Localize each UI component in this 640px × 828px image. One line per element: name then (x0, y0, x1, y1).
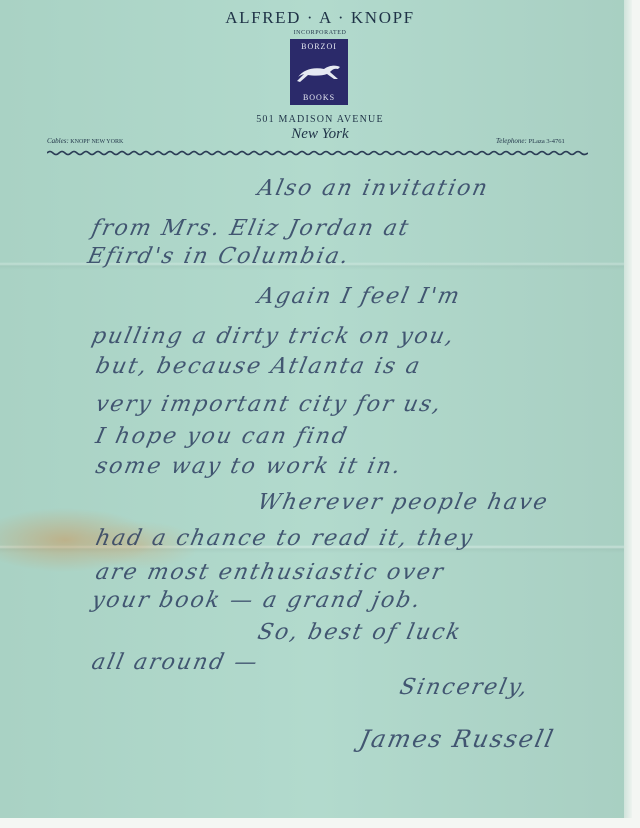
cables-value: KNOPF NEW YORK (70, 139, 123, 145)
signature: James Russell (357, 725, 558, 753)
letter-line: had a chance to read it, they (93, 526, 476, 551)
letter-line: from Mrs. Eliz Jordan at (89, 216, 412, 241)
letter-line: your book — a grand job. (89, 588, 424, 613)
letter-line: So, best of luck (255, 620, 464, 645)
letter-line: pulling a dirty trick on you, (89, 324, 457, 349)
letter-line: Efird's in Columbia. (85, 244, 352, 269)
logo-top-text: BORZOI (301, 42, 337, 51)
logo-bottom-text: BOOKS (303, 93, 335, 102)
letter-line: but, because Atlanta is a (93, 354, 423, 379)
letter-paper: ALFRED · A · KNOPF INCORPORATED BORZOI B… (0, 0, 632, 818)
letter-line: Also an invitation (255, 176, 491, 201)
letter-line: all around — (89, 650, 261, 675)
telephone-info: Telephone: PLaza 3-4761 (496, 137, 565, 145)
cables-info: Cables: KNOPF NEW YORK (47, 137, 123, 145)
handwritten-body: Also an invitation from Mrs. Eliz Jordan… (0, 160, 632, 800)
letter-closing: Sincerely, (397, 675, 531, 700)
letter-line: very important city for us, (93, 392, 444, 417)
letter-line: Again I feel I'm (255, 284, 463, 309)
street-address: 501 MADISON AVENUE (0, 114, 640, 125)
letter-line: Wherever people have (255, 490, 551, 515)
borzoi-books-logo: BORZOI BOOKS (290, 39, 348, 105)
incorporated-label: INCORPORATED (0, 30, 640, 36)
cables-label: Cables: (47, 137, 69, 145)
letterhead: ALFRED · A · KNOPF INCORPORATED BORZOI B… (0, 0, 632, 160)
telephone-label: Telephone: (496, 137, 527, 145)
borzoi-dog-icon (294, 57, 344, 87)
letter-line: some way to work it in. (93, 454, 404, 479)
telephone-value: PLaza 3-4761 (528, 138, 564, 145)
decorative-rule (47, 150, 588, 156)
letter-line: are most enthusiastic over (93, 560, 447, 585)
company-name: ALFRED · A · KNOPF (0, 8, 640, 28)
letter-line: I hope you can find (93, 424, 350, 449)
